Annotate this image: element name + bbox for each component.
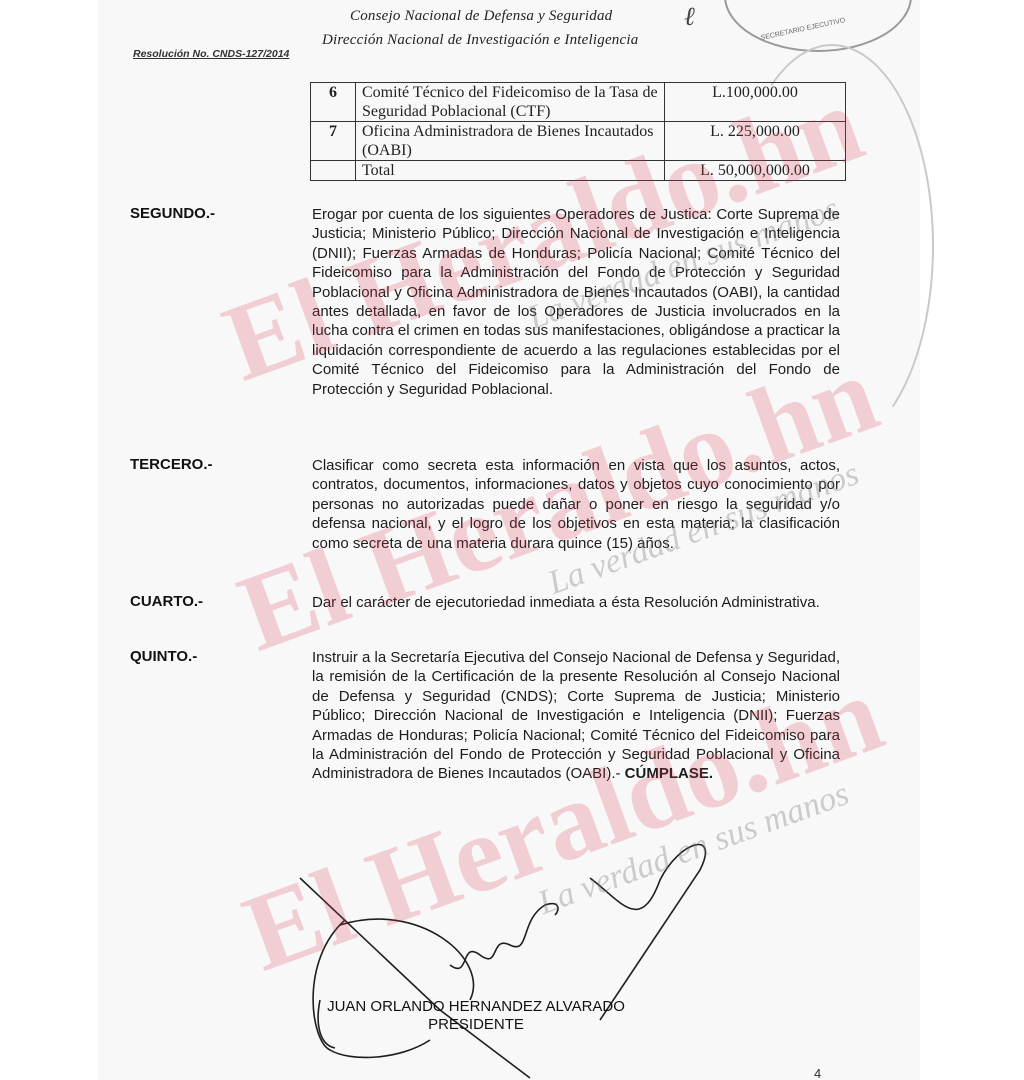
row-number: 7	[311, 122, 356, 161]
row-amount: L.100,000.00	[665, 83, 846, 122]
row-number: 6	[311, 83, 356, 122]
handwritten-initial: ℓ	[684, 2, 695, 32]
header-directorate: Dirección Nacional de Investigación e In…	[322, 32, 638, 49]
clause-text-segundo: Erogar por cuenta de los siguientes Oper…	[312, 205, 840, 399]
amounts-table: 6Comité Técnico del Fideicomiso de la Ta…	[310, 82, 846, 181]
signer-block: JUAN ORLANDO HERNANDEZ ALVARADO PRESIDEN…	[294, 998, 658, 1034]
table-row: 7Oficina Administradora de Bienes Incaut…	[311, 122, 846, 161]
header-council: Consejo Nacional de Defensa y Seguridad	[350, 8, 612, 25]
resolution-number: Resolución No. CNDS-127/2014	[133, 48, 289, 60]
table-row: TotalL. 50,000,000.00	[311, 161, 846, 181]
clause-text-quinto: Instruir a la Secretaría Ejecutiva del C…	[312, 648, 840, 784]
clause-label-quinto: QUINTO.-	[130, 648, 197, 665]
page-number: 4	[814, 1066, 821, 1080]
clause-text-tercero: Clasificar como secreta esta información…	[312, 456, 840, 553]
row-description: Comité Técnico del Fideicomiso de la Tas…	[356, 83, 665, 122]
signer-name: JUAN ORLANDO HERNANDEZ ALVARADO	[294, 998, 658, 1016]
table-row: 6Comité Técnico del Fideicomiso de la Ta…	[311, 83, 846, 122]
signer-title: PRESIDENTE	[294, 1016, 658, 1034]
clause-text-cuarto: Dar el carácter de ejecutoriedad inmedia…	[312, 593, 840, 612]
cumplase-emphasis: CÚMPLASE.	[625, 765, 713, 782]
clause-body: Instruir a la Secretaría Ejecutiva del C…	[312, 649, 840, 782]
row-amount: L. 50,000,000.00	[665, 161, 846, 181]
row-description: Oficina Administradora de Bienes Incauta…	[356, 122, 665, 161]
row-description: Total	[356, 161, 665, 181]
clause-label-tercero: TERCERO.-	[130, 456, 213, 473]
clause-label-segundo: SEGUNDO.-	[130, 205, 215, 222]
row-number	[311, 161, 356, 181]
row-amount: L. 225,000.00	[665, 122, 846, 161]
clause-label-cuarto: CUARTO.-	[130, 593, 203, 610]
